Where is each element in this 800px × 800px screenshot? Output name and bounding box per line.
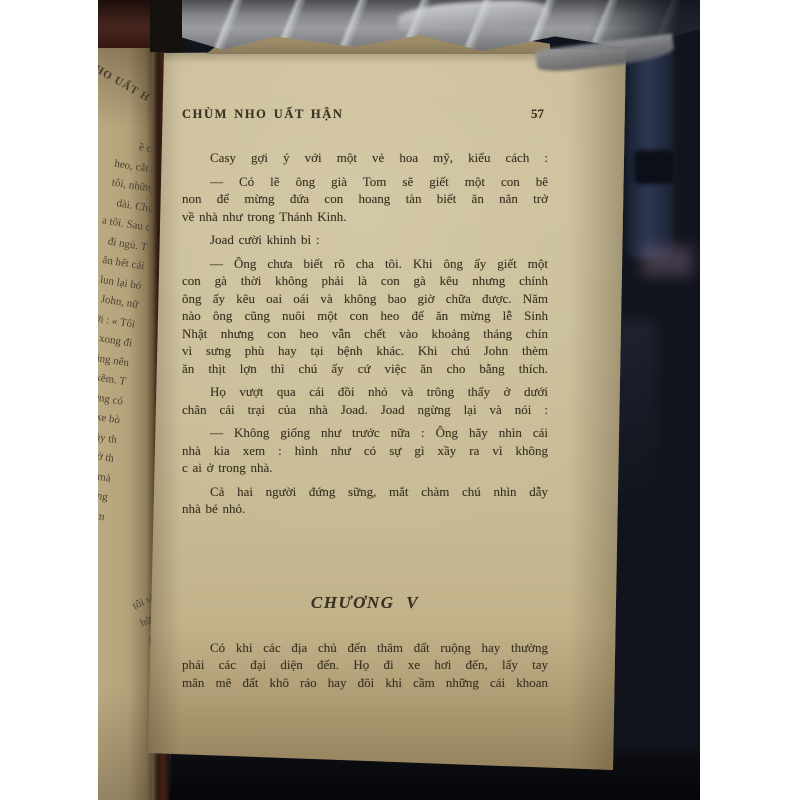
paragraph: — Ông chưa biết rõ cha tôi. Khi ông ấy g… bbox=[182, 255, 548, 378]
paragraph-line: con gà thời không phải là con gà kêu như… bbox=[182, 272, 548, 290]
background-bottle-cap bbox=[634, 150, 674, 184]
paragraph: Joad cười khinh bỉ : bbox=[182, 231, 548, 249]
paragraph-line: ông ấy kêu oai oái và không bao giờ chữa… bbox=[182, 290, 548, 308]
paragraph: Casy gợi ý với một vẻ hoa mỹ, kiểu cách … bbox=[182, 149, 548, 167]
paragraph-line: nhà bé nhỏ. bbox=[182, 500, 548, 518]
paragraph-line: Nhật nhưng con heo vẫn chết vào khoảng t… bbox=[182, 325, 548, 343]
paragraph-line: về nhà như trong Thánh Kinh. bbox=[182, 208, 548, 226]
paragraph-line: ăn thịt lợn thì chú ấy cứ việc ăn cho bằ… bbox=[182, 360, 548, 378]
book-cover-edge bbox=[98, 0, 154, 48]
page-header-title: CHÙM NHO UẤT HẬN bbox=[182, 107, 343, 122]
page-text-column: CHÙM NHO UẤT HẬN 57 Casy gợi ý với một v… bbox=[182, 49, 548, 691]
page-number: 57 bbox=[531, 106, 544, 122]
book-page: CHÙM NHO UẤT HẬN 57 Casy gợi ý với một v… bbox=[148, 49, 626, 771]
paragraph-line: chân cái trại của nhà Joad. Joad ngừng l… bbox=[182, 401, 548, 419]
photo-background: NHO UẤT H ề chởheo, cắt ratôi, nhữngdài.… bbox=[98, 0, 700, 800]
chapter-heading: CHƯƠNG V bbox=[182, 593, 548, 613]
paragraph: — Không giống như trước nữa : Ông hãy nh… bbox=[182, 424, 548, 477]
paragraph-line: nhà kia xem : hình như có sự gì xầy ra v… bbox=[182, 442, 548, 460]
paragraph-line: c ai ở trong nhà. bbox=[182, 459, 548, 477]
paragraph: Có khi các địa chủ đến thăm đất ruộng ha… bbox=[182, 639, 548, 692]
spine-shadow-top bbox=[150, 0, 186, 52]
paragraph-line: Casy gợi ý với một vẻ hoa mỹ, kiểu cách … bbox=[182, 149, 548, 167]
paragraph-line: non để mừng đứa con hoang tàn biết ăn nă… bbox=[182, 190, 548, 208]
paragraph-line: Cả hai người đứng sững, mắt chàm chú nhì… bbox=[182, 483, 548, 501]
paragraph-line: Họ vượt qua cái đồi nhỏ và trông thấy ở … bbox=[182, 383, 548, 401]
background-label-blur bbox=[642, 246, 692, 276]
photo-of-book: NHO UẤT H ề chởheo, cắt ratôi, nhữngdài.… bbox=[0, 0, 800, 800]
running-header: CHÙM NHO UẤT HẬN 57 bbox=[182, 106, 548, 122]
paragraph-line: — Có lẽ ông già Tom sẽ giết một con bê bbox=[182, 173, 548, 191]
paragraph-line: — Ông chưa biết rõ cha tôi. Khi ông ấy g… bbox=[182, 255, 548, 273]
body-paragraphs: Casy gợi ý với một vẻ hoa mỹ, kiểu cách … bbox=[182, 149, 548, 518]
paragraph-line: mân mê đất khô ráo hay đôi khi cầm những… bbox=[182, 674, 548, 692]
paragraph-line: vì sưng phù hay tại bệnh khác. Khi chú J… bbox=[182, 342, 548, 360]
paragraph: Cả hai người đứng sững, mắt chàm chú nhì… bbox=[182, 483, 548, 518]
left-page-shading bbox=[98, 38, 154, 800]
paragraph-line: Joad cười khinh bỉ : bbox=[182, 231, 548, 249]
paragraph-line: Có khi các địa chủ đến thăm đất ruộng ha… bbox=[182, 639, 548, 657]
chapter-paragraphs: Có khi các địa chủ đến thăm đất ruộng ha… bbox=[182, 639, 548, 692]
paragraph-line: — Không giống như trước nữa : Ông hãy nh… bbox=[182, 424, 548, 442]
left-page-curled: NHO UẤT H ề chởheo, cắt ratôi, nhữngdài.… bbox=[98, 38, 154, 800]
paragraph: — Có lẽ ông già Tom sẽ giết một con bêno… bbox=[182, 173, 548, 226]
paragraph-line: nào ông cũng nuôi một con heo để ăn mừng… bbox=[182, 307, 548, 325]
paragraph: Họ vượt qua cái đồi nhỏ và trông thấy ở … bbox=[182, 383, 548, 418]
paragraph-line: phái các đại diện đến. Họ đi xe hơi đến,… bbox=[182, 656, 548, 674]
